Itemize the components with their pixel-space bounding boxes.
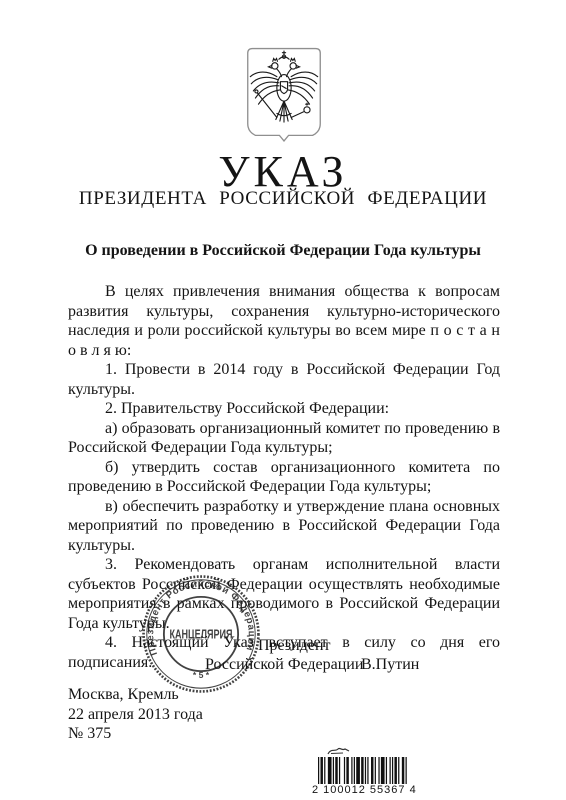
- signature-post-line2: Российской Федерации: [205, 656, 363, 674]
- decree-body: В целях привлечения внимания общества к …: [68, 282, 500, 672]
- double-headed-eagle-icon: [245, 46, 323, 142]
- barcode-bars: [318, 757, 408, 784]
- date-line: 22 апреля 2013 года: [68, 705, 203, 725]
- signature-name: В.Путин: [361, 656, 419, 674]
- decree-paragraph: в) обеспечить разработку и утверждение п…: [68, 497, 500, 556]
- stamp-center-text: КАНЦЕЛЯРИЯ: [169, 628, 232, 642]
- decree-paragraph: 1. Провести в 2014 году в Российской Фед…: [68, 360, 500, 399]
- decree-paragraph: б) утвердить состав организационного ком…: [68, 458, 500, 497]
- barcode-digits: 2 100012 55367 4: [312, 784, 416, 796]
- signature-post-line1: Президент: [258, 637, 331, 655]
- place-line: Москва, Кремль: [68, 685, 203, 705]
- decree-page: УКАЗ ПРЕЗИДЕНТА РОССИЙСКОЙ ФЕДЕРАЦИИ О п…: [0, 0, 566, 800]
- decree-paragraph: а) образовать организационный комитет по…: [68, 419, 500, 458]
- number-line: № 375: [68, 724, 203, 744]
- document-title: О проведении в Российской Федерации Года…: [50, 242, 516, 260]
- decree-paragraph: 3. Рекомендовать органам исполнительной …: [68, 555, 500, 633]
- decree-paragraph: 2. Правительству Российской Федерации:: [68, 399, 500, 419]
- footer-block: Москва, Кремль 22 апреля 2013 года № 375: [68, 685, 203, 744]
- chancellery-stamp: Президент Российской Федерации * 5 * КАН…: [140, 573, 262, 700]
- decree-paragraph: В целях привлечения внимания общества к …: [68, 282, 500, 360]
- issuer-heading: ПРЕЗИДЕНТА РОССИЙСКОЙ ФЕДЕРАЦИИ: [0, 188, 566, 210]
- coat-of-arms: [245, 46, 323, 147]
